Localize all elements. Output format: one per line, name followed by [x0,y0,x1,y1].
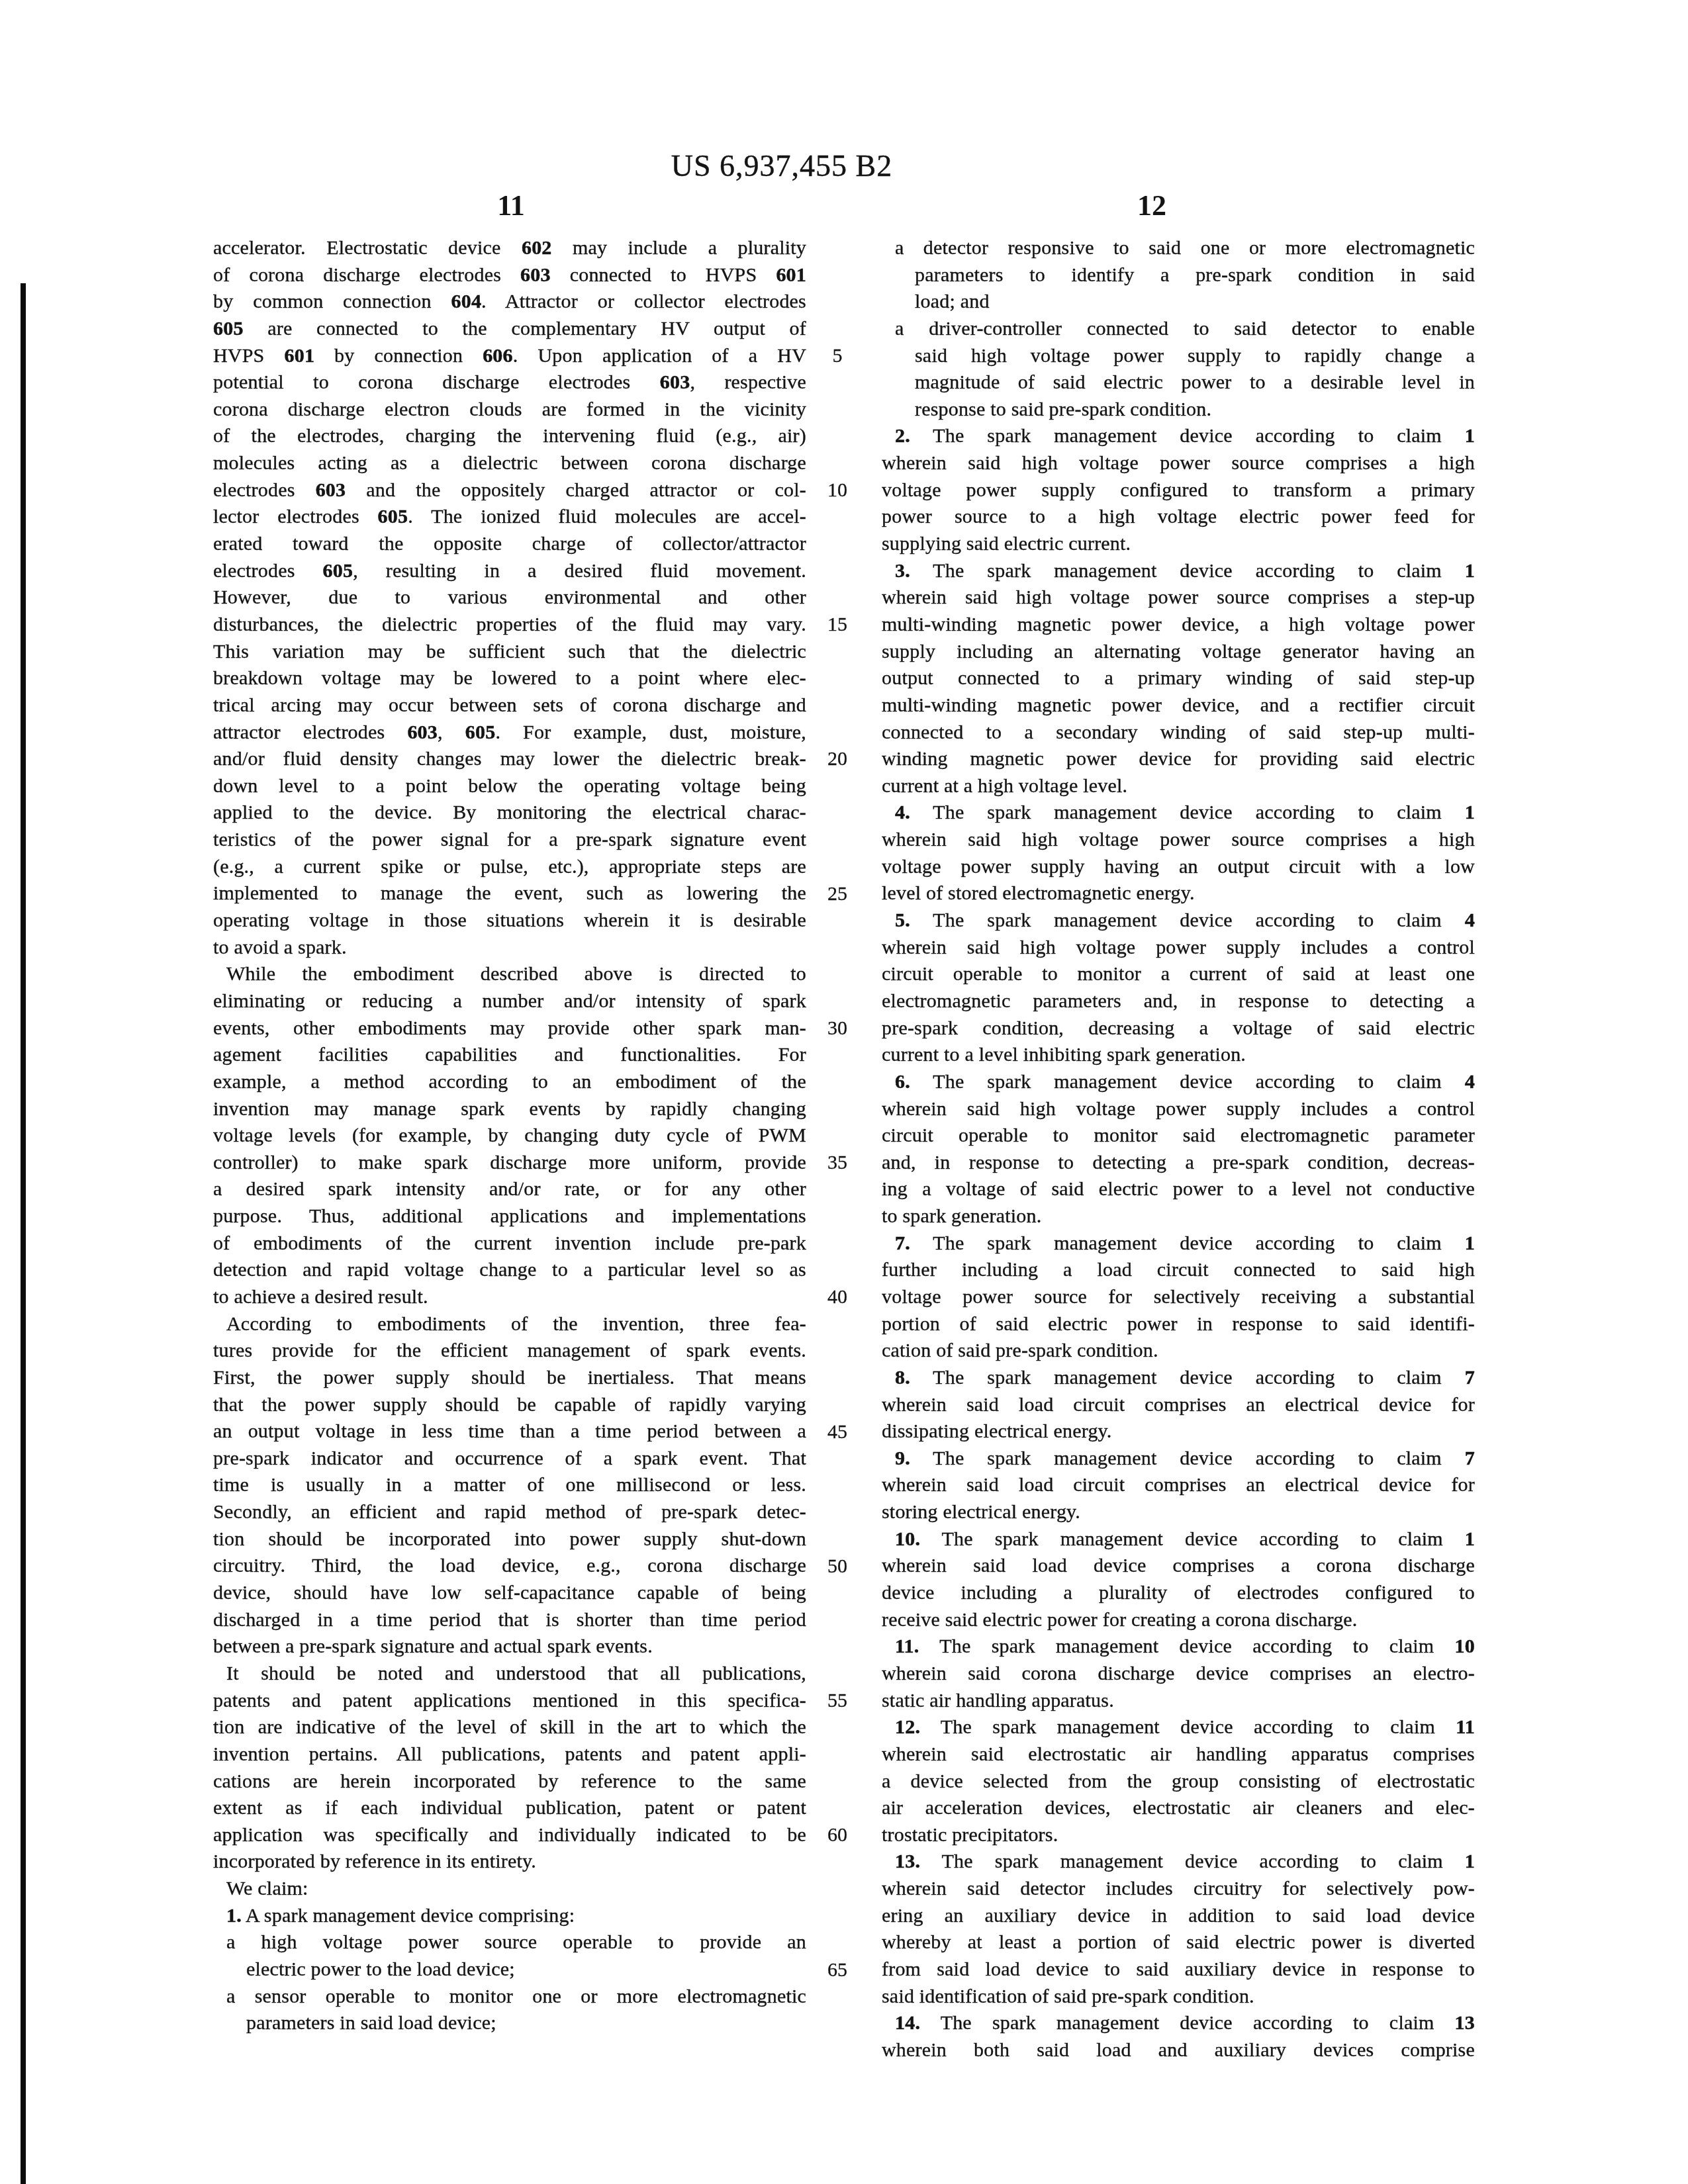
gutter-line-number: 50 [800,1553,875,1580]
text-line: detection and rapid voltage change to a … [213,1257,806,1284]
text-line: further including a load circuit connect… [882,1257,1475,1284]
text-line: 2. The spark management device according… [882,423,1475,450]
text-line: a driver-controller connected to said de… [882,316,1475,343]
scan-edge-artifact-line [21,283,26,2184]
text-line: voltage power supply configured to trans… [882,477,1475,504]
text-line: cations are herein incorporated by refer… [213,1768,806,1796]
right-text-column: a detector responsive to said one or mor… [882,235,1475,2064]
text-line: electric power to the load device; [213,1956,806,1983]
text-line: tion should be incorporated into power s… [213,1526,806,1553]
text-line: purpose. Thus, additional applications a… [213,1203,806,1230]
text-line: wherein said electrostatic air handling … [882,1741,1475,1768]
text-line: cation of said pre-spark condition. [882,1338,1475,1365]
text-line: invention may manage spark events by rap… [213,1096,806,1123]
text-line: HVPS 601 by connection 606. Upon applica… [213,343,806,370]
text-line: corona discharge electron clouds are for… [213,396,806,424]
text-line: trostatic precipitators. [882,1822,1475,1849]
text-line: that the power supply should be capable … [213,1392,806,1419]
text-line: a high voltage power source operable to … [213,1929,806,1956]
text-line: wherein said high voltage power source c… [882,584,1475,612]
text-line: patents and patent applications mentione… [213,1688,806,1715]
left-column-number: 11 [458,191,564,221]
text-line: tures provide for the efficient manageme… [213,1338,806,1365]
gutter-line-number: 15 [800,612,875,639]
text-line: events, other embodiments may provide ot… [213,1015,806,1042]
text-line: time is usually in a matter of one milli… [213,1472,806,1499]
gutter-line-number: 25 [800,881,875,908]
text-line: 7. The spark management device according… [882,1230,1475,1257]
text-line: to spark generation. [882,1203,1475,1230]
gutter-line-number: 55 [800,1688,875,1715]
text-line: eliminating or reducing a number and/or … [213,988,806,1015]
text-line: wherein said high voltage power source c… [882,450,1475,477]
text-line: incorporated by reference in its entiret… [213,1848,806,1876]
text-line: erated toward the opposite charge of col… [213,531,806,558]
text-line: ering an auxiliary device in addition to… [882,1903,1475,1930]
text-line: voltage power source for selectively rec… [882,1284,1475,1311]
text-line: tion are indicative of the level of skil… [213,1714,806,1741]
text-line: electrodes 603 and the oppositely charge… [213,477,806,504]
text-line: 9. The spark management device according… [882,1445,1475,1473]
text-line: a detector responsive to said one or mor… [882,235,1475,262]
text-line: response to said pre-spark condition. [882,396,1475,424]
text-line: wherein said load circuit comprises an e… [882,1472,1475,1499]
text-line: by common connection 604. Attractor or c… [213,289,806,316]
text-line: It should be noted and understood that a… [213,1661,806,1688]
text-line: to achieve a desired result. [213,1284,806,1311]
text-line: electromagnetic parameters and, in respo… [882,988,1475,1015]
text-line: multi-winding magnetic power device, a h… [882,612,1475,639]
text-line: multi-winding magnetic power device, and… [882,692,1475,719]
text-line: 5. The spark management device according… [882,907,1475,934]
text-line: 10. The spark management device accordin… [882,1526,1475,1553]
gutter-line-number: 10 [800,477,875,504]
text-line: molecules acting as a dielectric between… [213,450,806,477]
text-line: current to a level inhibiting spark gene… [882,1042,1475,1069]
text-line: 4. The spark management device according… [882,799,1475,827]
text-line: wherein said high voltage power supply i… [882,1096,1475,1123]
page-header-patent-number: US 6,937,455 B2 [0,150,1564,183]
text-line: circuit operable to monitor said electro… [882,1122,1475,1150]
text-line: a sensor operable to monitor one or more… [213,1983,806,2011]
text-line: This variation may be sufficient such th… [213,639,806,666]
gutter-line-number: 45 [800,1419,875,1446]
text-line: 11. The spark management device accordin… [882,1633,1475,1661]
gutter-line-number: 65 [800,1957,875,1984]
text-line: device including a plurality of electrod… [882,1580,1475,1607]
text-line: 13. The spark management device accordin… [882,1848,1475,1876]
text-line: wherein both said load and auxiliary dev… [882,2037,1475,2064]
text-line: 605 are connected to the complementary H… [213,316,806,343]
text-line: level of stored electromagnetic energy. [882,880,1475,907]
text-line: an output voltage in less time than a ti… [213,1418,806,1445]
line-number-gutter: 5101520253035404550556065 [800,235,875,2088]
gutter-line-number: 60 [800,1822,875,1849]
text-line: While the embodiment described above is … [213,961,806,988]
text-line: air acceleration devices, electrostatic … [882,1795,1475,1822]
text-line: of corona discharge electrodes 603 conne… [213,262,806,289]
text-line: Secondly, an efficient and rapid method … [213,1499,806,1526]
text-line: wherein said high voltage power supply i… [882,934,1475,962]
text-line: agement facilities capabilities and func… [213,1042,806,1069]
text-line: storing electrical energy. [882,1499,1475,1526]
gutter-line-number: 20 [800,746,875,773]
text-line: receive said electric power for creating… [882,1607,1475,1634]
gutter-line-number: 30 [800,1015,875,1042]
text-line: First, the power supply should be inerti… [213,1365,806,1392]
text-line: from said load device to said auxiliary … [882,1956,1475,1983]
text-line: wherein said corona discharge device com… [882,1661,1475,1688]
text-line: current at a high voltage level. [882,773,1475,800]
gutter-line-number: 40 [800,1284,875,1311]
text-line: 6. The spark management device according… [882,1069,1475,1096]
text-line: down level to a point below the operatin… [213,773,806,800]
text-line: applied to the device. By monitoring the… [213,799,806,827]
text-line: pre-spark indicator and occurrence of a … [213,1445,806,1473]
text-line: teristics of the power signal for a pre-… [213,827,806,854]
text-line: parameters to identify a pre-spark condi… [882,262,1475,289]
text-line: implemented to manage the event, such as… [213,880,806,907]
text-line: power source to a high voltage electric … [882,504,1475,531]
text-line: a desired spark intensity and/or rate, o… [213,1176,806,1203]
text-line: parameters in said load device; [213,2010,806,2037]
text-line: wherein said load device comprises a cor… [882,1553,1475,1580]
text-line: 12. The spark management device accordin… [882,1714,1475,1741]
text-line: to avoid a spark. [213,934,806,962]
text-line: wherein said high voltage power source c… [882,827,1475,854]
gutter-line-number: 35 [800,1150,875,1177]
text-line: discharged in a time period that is shor… [213,1607,806,1634]
text-line: According to embodiments of the inventio… [213,1311,806,1338]
text-line: of the electrodes, charging the interven… [213,423,806,450]
text-line: attractor electrodes 603, 605. For examp… [213,719,806,747]
text-line: invention pertains. All publications, pa… [213,1741,806,1768]
text-line: circuit operable to monitor a current of… [882,961,1475,988]
text-line: (e.g., a current spike or pulse, etc.), … [213,854,806,881]
text-line: between a pre-spark signature and actual… [213,1633,806,1661]
text-line: supplying said electric current. [882,531,1475,558]
text-line: and/or fluid density changes may lower t… [213,746,806,773]
text-line: device, should have low self-capacitance… [213,1580,806,1607]
text-line: extent as if each individual publication… [213,1795,806,1822]
text-line: whereby at least a portion of said elect… [882,1929,1475,1956]
left-text-column: accelerator. Electrostatic device 602 ma… [213,235,806,2037]
text-line: disturbances, the dielectric properties … [213,612,806,639]
text-line: breakdown voltage may be lowered to a po… [213,665,806,692]
text-line: said high voltage power supply to rapidl… [882,343,1475,370]
text-line: 1. A spark management device comprising: [213,1903,806,1930]
text-line: dissipating electrical energy. [882,1418,1475,1445]
text-line: static air handling apparatus. [882,1688,1475,1715]
text-line: portion of said electric power in respon… [882,1311,1475,1338]
text-line: 14. The spark management device accordin… [882,2010,1475,2037]
patent-document-page: US 6,937,455 B2 11 12 accelerator. Elect… [0,0,1688,2184]
text-line: pre-spark condition, decreasing a voltag… [882,1015,1475,1042]
text-line: controller) to make spark discharge more… [213,1150,806,1177]
text-line: supply including an alternating voltage … [882,639,1475,666]
text-line: electrodes 605, resulting in a desired f… [213,558,806,585]
text-line: However, due to various environmental an… [213,584,806,612]
text-line: accelerator. Electrostatic device 602 ma… [213,235,806,262]
text-line: circuitry. Third, the load device, e.g.,… [213,1553,806,1580]
text-line: wherein said load circuit comprises an e… [882,1392,1475,1419]
text-line: said identification of said pre-spark co… [882,1983,1475,2011]
text-line: We claim: [213,1876,806,1903]
text-line: connected to a secondary winding of said… [882,719,1475,747]
text-line: ing a voltage of said electric power to … [882,1176,1475,1203]
text-line: potential to corona discharge electrodes… [213,369,806,396]
gutter-line-number: 5 [800,343,875,370]
text-line: trical arcing may occur between sets of … [213,692,806,719]
text-line: application was specifically and individ… [213,1822,806,1849]
text-line: winding magnetic power device for provid… [882,746,1475,773]
text-line: voltage levels (for example, by changing… [213,1122,806,1150]
text-line: lector electrodes 605. The ionized fluid… [213,504,806,531]
text-line: load; and [882,289,1475,316]
text-line: a device selected from the group consist… [882,1768,1475,1796]
right-column-number: 12 [1099,191,1205,221]
text-line: magnitude of said electric power to a de… [882,369,1475,396]
text-line: operating voltage in those situations wh… [213,907,806,934]
text-line: and, in response to detecting a pre-spar… [882,1150,1475,1177]
text-line: voltage power supply having an output ci… [882,854,1475,881]
text-line: example, a method according to an embodi… [213,1069,806,1096]
text-line: wherein said detector includes circuitry… [882,1876,1475,1903]
text-line: of embodiments of the current invention … [213,1230,806,1257]
text-line: 8. The spark management device according… [882,1365,1475,1392]
text-line: 3. The spark management device according… [882,558,1475,585]
text-line: output connected to a primary winding of… [882,665,1475,692]
